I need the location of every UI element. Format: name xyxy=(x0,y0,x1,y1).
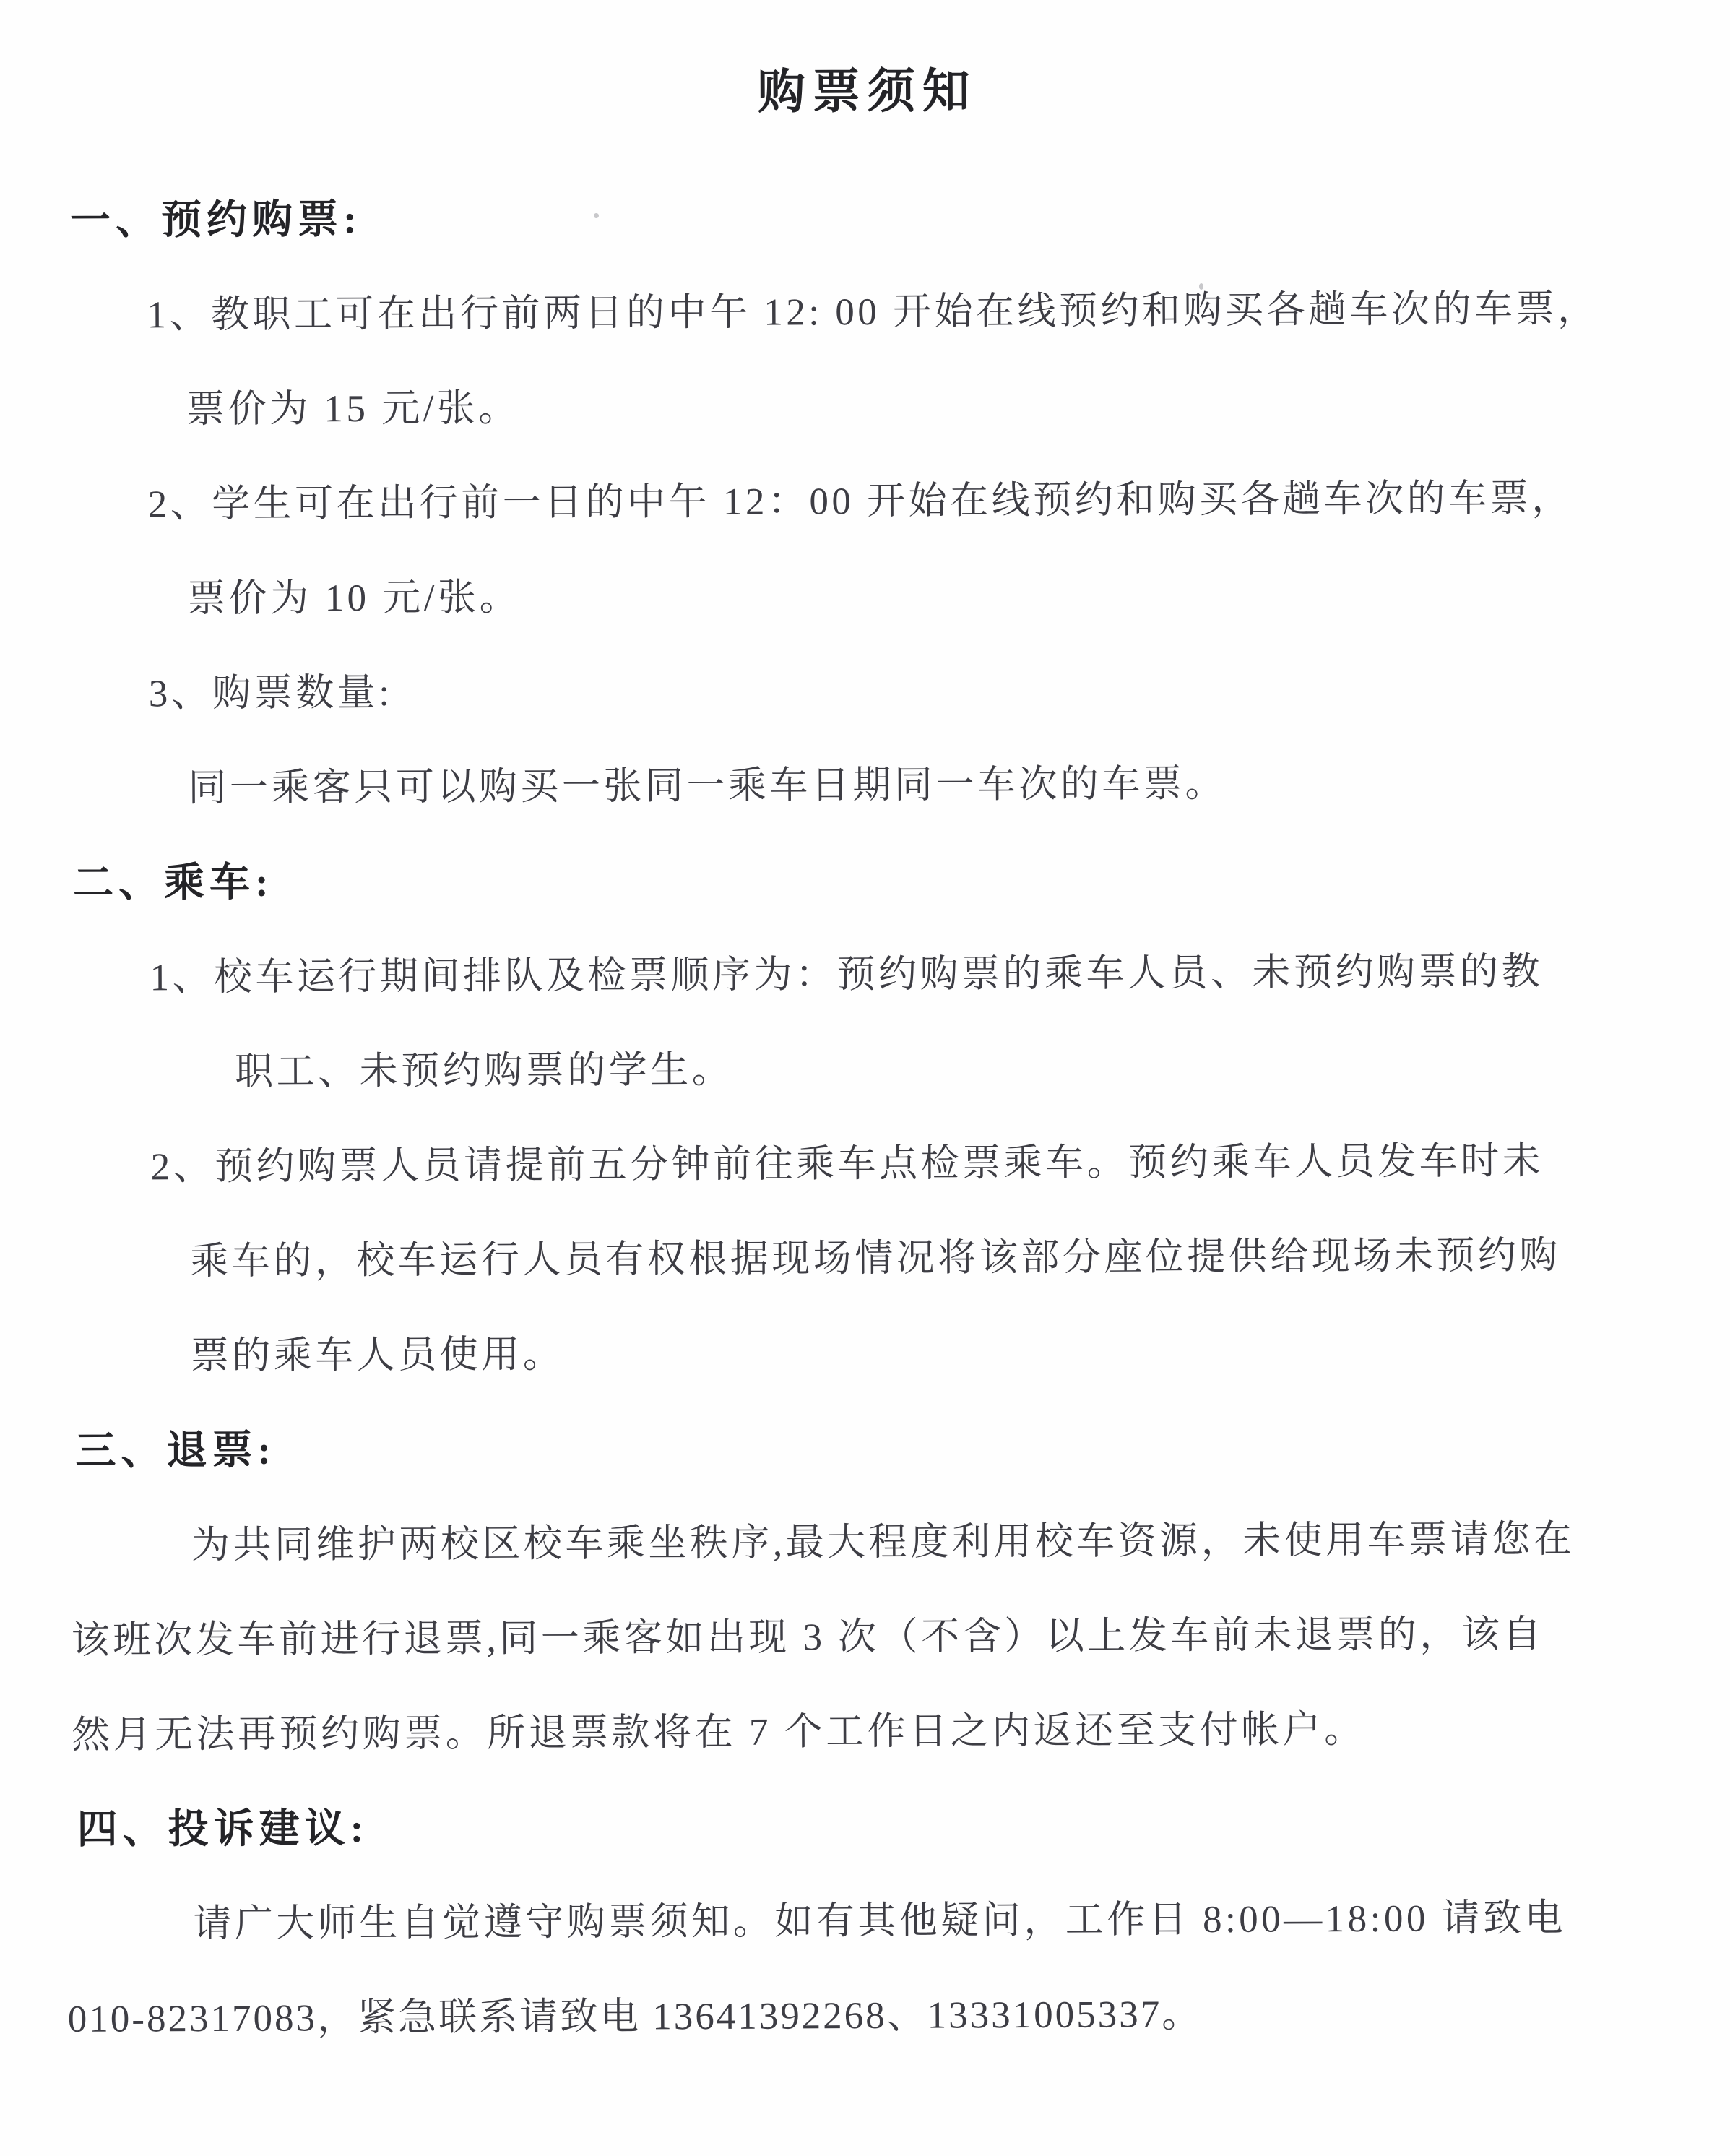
doc-line: 同一乘客只可以购买一张同一乘车日期同一车次的车票。 xyxy=(188,735,1679,836)
doc-line: 请广大师生自觉遵守购票须知。如有其他疑问，工作日 8:00—18:00 请致电 xyxy=(193,1871,1684,1972)
doc-line: 2、学生可在出行前一日的中午 12：00 开始在线预约和购买各趟车次的车票， xyxy=(147,451,1677,552)
doc-line: 为共同维护两校区校车乘坐秩序,最大程度利用校车资源，未使用车票请您在 xyxy=(191,1492,1682,1593)
section-refund: 三、退票: 为共同维护两校区校车乘坐秩序,最大程度利用校车资源，未使用车票请您在… xyxy=(65,1397,1682,1783)
doc-line: 票的乘车人员使用。 xyxy=(191,1303,1682,1404)
doc-line: 1、校车运行期间排队及检票顺序为：预约购票的乘车人员、未预约购票的教 xyxy=(150,924,1679,1025)
section-reservation: 一、预约购票: 1、教职工可在出行前两日的中午 12: 00 开始在线预约和购买… xyxy=(60,167,1679,837)
document-page: 购票须知 一、预约购票: 1、教职工可在出行前两日的中午 12: 00 开始在线… xyxy=(0,0,1730,2156)
section-heading: 四、投诉建议: xyxy=(77,1776,1683,1878)
doc-line: 该班次发车前进行退票,同一乘客如出现 3 次（不含）以上发车前未退票的，该自 xyxy=(71,1587,1682,1689)
doc-line: 职工、未预约购票的学生。 xyxy=(235,1019,1680,1120)
doc-title: 购票须知 xyxy=(59,31,1676,154)
doc-line: 2、预约购票人员请提前五分钟前往乘车点检票乘车。预约乘车人员发车时未 xyxy=(150,1113,1680,1215)
section-heading: 一、预约购票: xyxy=(70,167,1677,269)
doc-line: 票价为 10 元/张。 xyxy=(187,546,1678,647)
doc-line: 乘车的，校车运行人员有权根据现场情况将该部分座位提供给现场未预约购 xyxy=(190,1208,1681,1309)
notice-document: 购票须知 一、预约购票: 1、教职工可在出行前两日的中午 12: 00 开始在线… xyxy=(59,31,1684,2067)
doc-line: 1、教职工可在出行前两日的中午 12: 00 开始在线预约和购买各趟车次的车票， xyxy=(147,262,1677,363)
doc-line: 3、购票数量: xyxy=(149,640,1679,741)
doc-line: 票价为 15 元/张。 xyxy=(186,356,1677,457)
doc-line: 然月无法再预约购票。所退票款将在 7 个工作日之内返还至支付帐户。 xyxy=(72,1681,1683,1783)
section-heading: 二、乘车: xyxy=(73,829,1679,931)
doc-line: 010-82317083，紧急联系请致电 13641392268、1333100… xyxy=(68,1965,1684,2067)
section-heading: 三、退票: xyxy=(75,1397,1682,1499)
section-boarding: 二、乘车: 1、校车运行期间排队及检票顺序为：预约购票的乘车人员、未预约购票的教… xyxy=(63,829,1681,1405)
section-complaints: 四、投诉建议: 请广大师生自觉遵守购票须知。如有其他疑问，工作日 8:00—18… xyxy=(66,1776,1684,2067)
